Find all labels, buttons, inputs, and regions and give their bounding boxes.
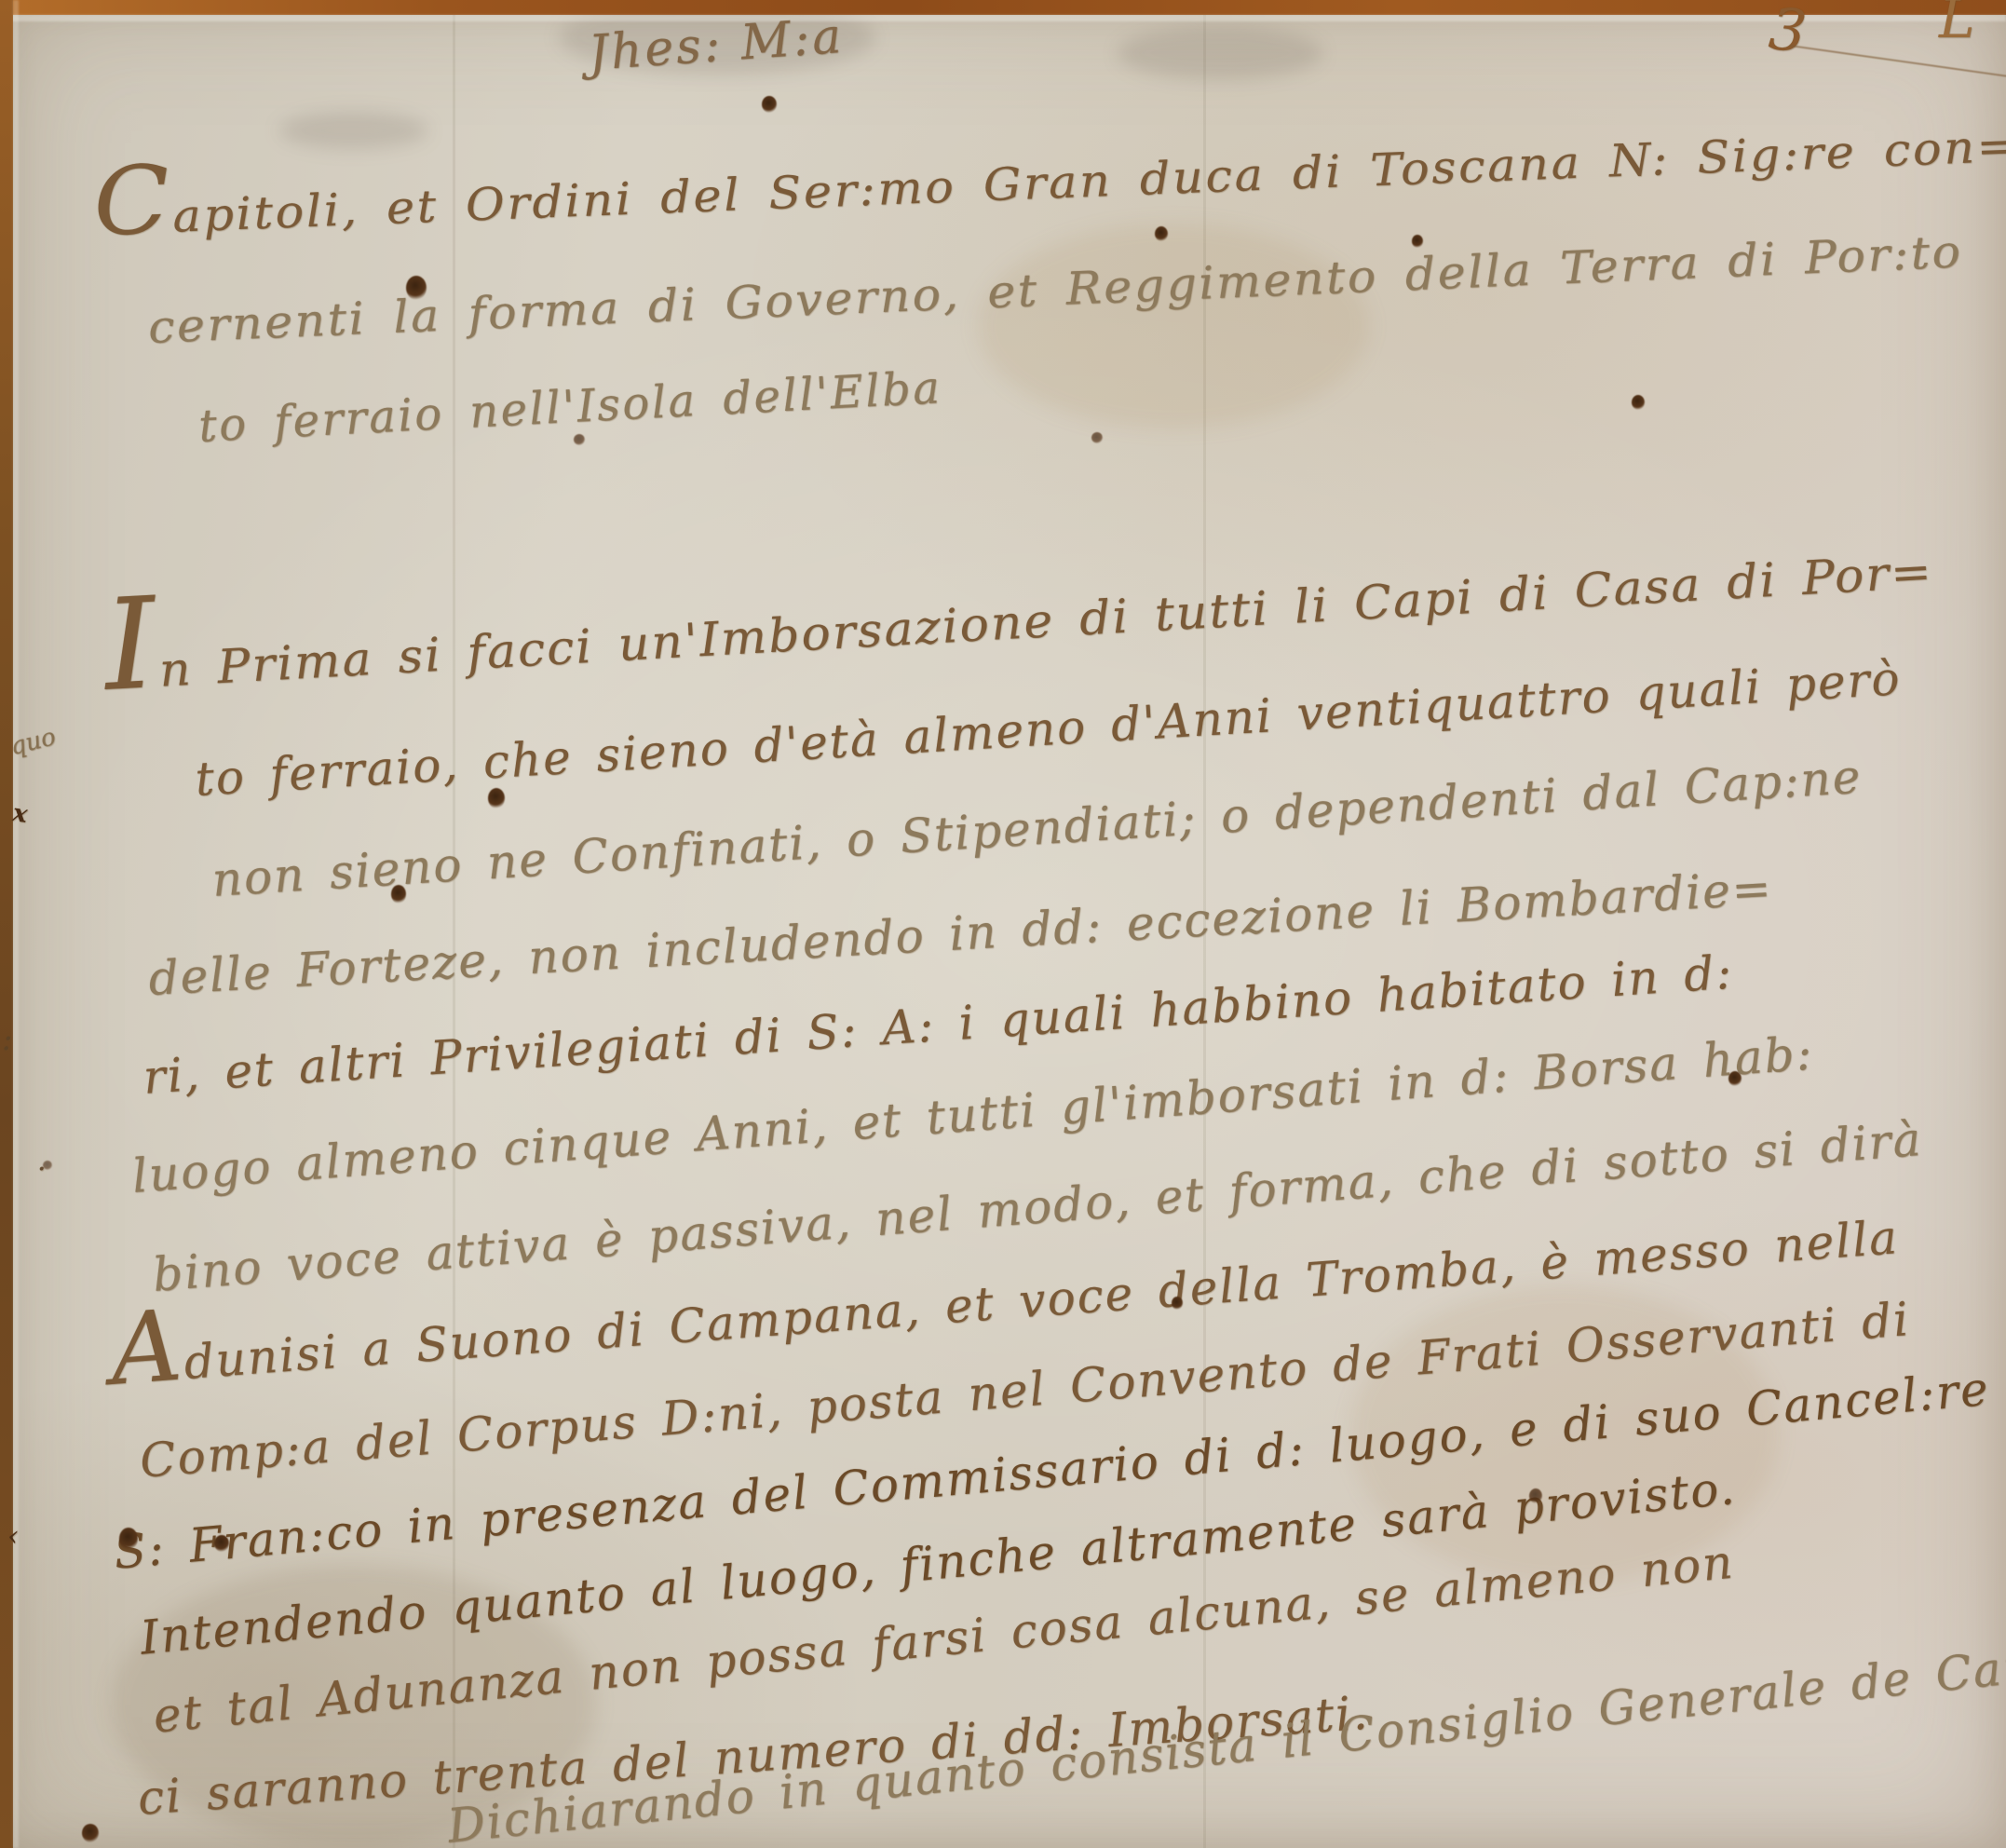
margin-angle-mark: ‹: [7, 1520, 19, 1553]
book-edge-top: [0, 0, 2006, 15]
ink-blot: [406, 276, 427, 300]
ink-blot: [1172, 1297, 1183, 1310]
margin-colon-mark: :: [2, 1021, 12, 1058]
ink-blot: [1529, 1488, 1542, 1503]
ink-blot: [1091, 432, 1103, 443]
ink-blot: [574, 434, 585, 445]
folio-letter-mark: L: [1939, 0, 1975, 50]
ink-blot: [43, 1161, 52, 1170]
ink-blot: [214, 1535, 229, 1552]
manuscript-scan: { "page": { "invocation": "Jhes: M:a", "…: [0, 0, 2006, 1848]
ink-blot: [1412, 235, 1423, 248]
ink-blot: [391, 885, 406, 904]
paper-fold-line: [453, 0, 455, 1848]
ink-blot: [119, 1528, 138, 1550]
smudge-mark: [279, 112, 428, 149]
ink-blot: [488, 788, 505, 808]
ink-blot: [1632, 395, 1645, 410]
ink-blot: [1155, 226, 1168, 241]
folio-number: 3: [1766, 0, 1809, 66]
smudge-mark: [1118, 26, 1322, 80]
book-edge-left: [0, 0, 13, 1848]
ink-blot: [1728, 1071, 1742, 1086]
ink-blot: [82, 1824, 99, 1842]
ink-blot: [762, 96, 777, 113]
